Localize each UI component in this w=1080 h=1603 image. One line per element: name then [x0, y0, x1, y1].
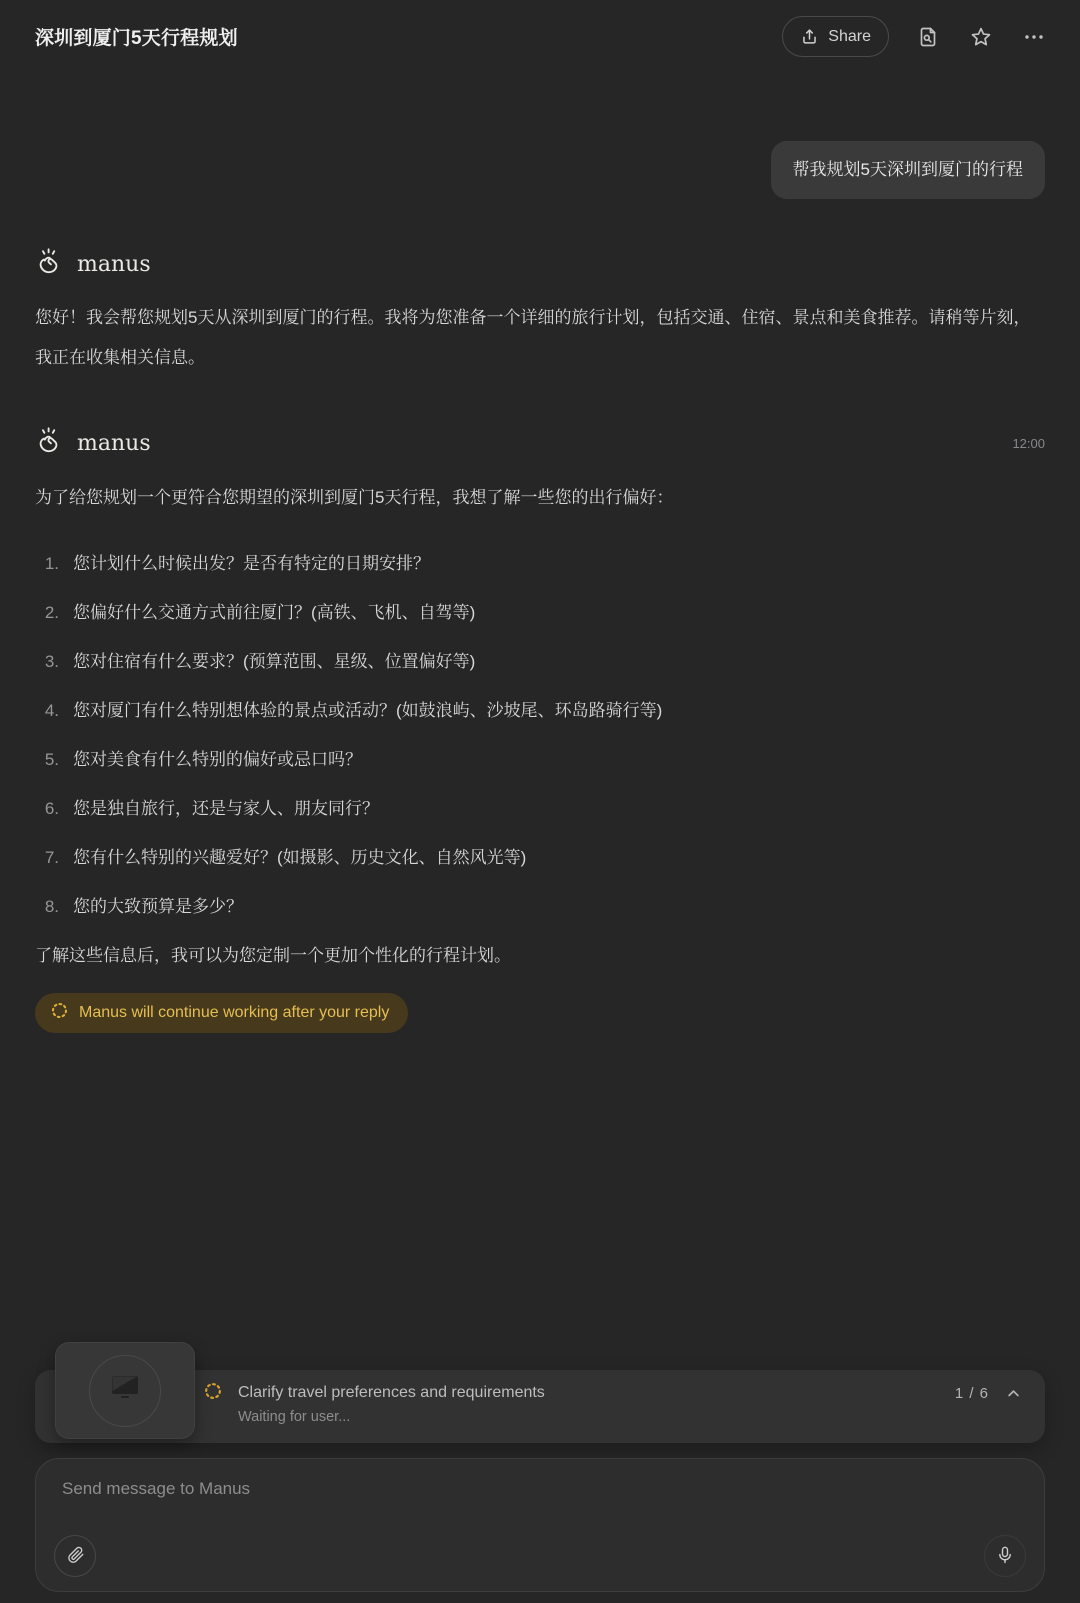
- share-icon: [800, 27, 819, 46]
- task-title: Clarify travel preferences and requireme…: [238, 1384, 545, 1402]
- agent-name: manus: [77, 252, 151, 277]
- header-actions: Share: [782, 16, 1048, 57]
- list-item-text: 您对美食有什么特别的偏好或忌口吗？: [73, 747, 362, 773]
- list-item: 6. 您是独自旅行，还是与家人、朋友同行？: [35, 796, 1045, 822]
- attach-file-button[interactable]: [54, 1535, 96, 1577]
- manus-logo-icon: [35, 245, 65, 284]
- assistant-message-1: 您好！我会帮您规划5天从深圳到厦门的行程。我将为您准备一个详细的旅行计划，包括交…: [35, 298, 1045, 378]
- list-item-text: 您偏好什么交通方式前往厦门？(高铁、飞机、自驾等): [73, 600, 475, 626]
- user-message-row: 帮我规划5天深圳到厦门的行程: [35, 141, 1045, 199]
- task-progress-spinner-icon: [203, 1381, 223, 1406]
- list-item: 1. 您计划什么时候出发？是否有特定的日期安排？: [35, 551, 1045, 577]
- list-item-number: 5.: [35, 747, 59, 773]
- assistant-message-2-intro: 为了给您规划一个更符合您期望的深圳到厦门5天行程，我想了解一些您的出行偏好：: [35, 485, 1045, 511]
- task-progress-count: 1 / 6: [955, 1385, 989, 1402]
- message-composer: [35, 1458, 1045, 1592]
- list-item-text: 您的大致预算是多少？: [73, 894, 243, 920]
- list-item-number: 3.: [35, 649, 59, 675]
- page-title: 深圳到厦门5天行程规划: [35, 23, 238, 50]
- paperclip-icon: [66, 1545, 85, 1567]
- list-item: 4. 您对厦门有什么特别想体验的景点或活动？(如鼓浪屿、沙坡尾、环岛路骑行等): [35, 698, 1045, 724]
- list-item-text: 您对厦门有什么特别想体验的景点或活动？(如鼓浪屿、沙坡尾、环岛路骑行等): [73, 698, 662, 724]
- voice-input-button[interactable]: [984, 1535, 1026, 1577]
- star-favorite-icon[interactable]: [967, 23, 995, 51]
- user-message-bubble: 帮我规划5天深圳到厦门的行程: [771, 141, 1045, 199]
- continue-notice-text: Manus will continue working after your r…: [79, 1004, 389, 1022]
- thumbnail-circle: [89, 1355, 161, 1427]
- list-item: 8. 您的大致预算是多少？: [35, 894, 1045, 920]
- message-input[interactable]: [62, 1479, 1018, 1533]
- list-item-text: 您是独自旅行，还是与家人、朋友同行？: [73, 796, 379, 822]
- computer-preview-thumbnail[interactable]: [55, 1342, 195, 1439]
- share-button[interactable]: Share: [782, 16, 889, 57]
- task-status-row: Clarify travel preferences and requireme…: [203, 1381, 1023, 1405]
- list-item-number: 2.: [35, 600, 59, 626]
- share-button-label: Share: [828, 28, 871, 46]
- monitor-icon: [107, 1372, 143, 1409]
- list-item: 7. 您有什么特别的兴趣爱好？(如摄影、历史文化、自然风光等): [35, 845, 1045, 871]
- list-item-number: 8.: [35, 894, 59, 920]
- search-document-icon[interactable]: [914, 23, 942, 51]
- agent-name: manus: [77, 431, 151, 456]
- list-item-number: 6.: [35, 796, 59, 822]
- manus-app-window: 深圳到厦门5天行程规划 Share 帮我规划5天深圳到厦门的行程: [0, 0, 1080, 1603]
- message-timestamp: 12:00: [1012, 436, 1045, 451]
- list-item: 2. 您偏好什么交通方式前往厦门？(高铁、飞机、自驾等): [35, 600, 1045, 626]
- list-item-text: 您对住宿有什么要求？(预算范围、星级、位置偏好等): [73, 649, 475, 675]
- list-item-text: 您有什么特别的兴趣爱好？(如摄影、历史文化、自然风光等): [73, 845, 526, 871]
- chat-area: 帮我规划5天深圳到厦门的行程 manus 您好！我会帮您规划5天从深圳到厦门的行…: [0, 141, 1080, 1033]
- header: 深圳到厦门5天行程规划 Share: [0, 0, 1080, 57]
- list-item-number: 1.: [35, 551, 59, 577]
- agent-header-1: manus: [35, 245, 1045, 284]
- agent-header-2: manus 12:00: [35, 424, 1045, 463]
- manus-logo-icon: [35, 424, 65, 463]
- assistant-message-2-closing: 了解这些信息后，我可以为您定制一个更加个性化的行程计划。: [35, 943, 1045, 969]
- question-list: 1. 您计划什么时候出发？是否有特定的日期安排？ 2. 您偏好什么交通方式前往厦…: [35, 551, 1045, 920]
- chevron-up-icon[interactable]: [1004, 1384, 1023, 1403]
- more-options-icon[interactable]: [1020, 23, 1048, 51]
- list-item: 3. 您对住宿有什么要求？(预算范围、星级、位置偏好等): [35, 649, 1045, 675]
- microphone-icon: [995, 1545, 1015, 1568]
- continue-notice-pill: Manus will continue working after your r…: [35, 993, 408, 1033]
- task-status-text: Waiting for user...: [238, 1409, 1023, 1425]
- list-item-text: 您计划什么时候出发？是否有特定的日期安排？: [73, 551, 430, 577]
- pending-spinner-icon: [50, 1001, 69, 1025]
- list-item-number: 7.: [35, 845, 59, 871]
- list-item: 5. 您对美食有什么特别的偏好或忌口吗？: [35, 747, 1045, 773]
- list-item-number: 4.: [35, 698, 59, 724]
